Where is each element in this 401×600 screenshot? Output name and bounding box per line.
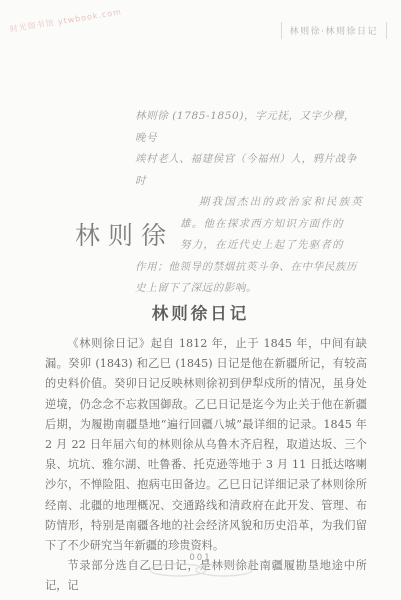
bio-line: 雄。他在探求西方知识方面作的 xyxy=(180,214,364,236)
bio-column: 雄。他在探求西方知识方面作的 努力，在近代史上起了先驱者的 xyxy=(180,214,364,257)
chapter-title: 林则徐日记 xyxy=(0,300,401,324)
author-name-row: 林则徐 雄。他在探求西方知识方面作的 努力，在近代史上起了先驱者的 xyxy=(75,214,364,257)
bio-line: 史上留下了深远的影响。 xyxy=(135,278,364,300)
bio-line: 作用；他领导的禁烟抗英斗争、在中华民族历 xyxy=(135,257,364,279)
page-number: 001 xyxy=(0,553,401,563)
running-header: 林则徐·林则徐日记 xyxy=(281,22,387,39)
bio-line: 努力，在近代史上起了先驱者的 xyxy=(180,235,364,257)
author-bio: 林则徐 (1785-1850)，字元抚，又字少穆，晚号 竢村老人、福建侯官（今福… xyxy=(75,106,364,300)
library-watermark: 时光图书馆 ytwbook.com xyxy=(9,6,122,35)
paragraph: 《林则徐日记》起自 1812 年，止于 1845 年，中间有缺漏。癸卯 (184… xyxy=(45,334,367,556)
bio-line: 林则徐 (1785-1850)，字元抚，又字少穆，晚号 xyxy=(135,106,364,149)
page-footer: 001 xyxy=(0,553,401,582)
author-name: 林则徐 xyxy=(75,223,174,248)
bio-line: 竢村老人、福建侯官（今福州）人，鸦片战争时 xyxy=(135,149,364,192)
footer-flourish-icon xyxy=(146,562,256,578)
running-header-title: 林则徐·林则徐日记 xyxy=(281,22,387,39)
book-page: 时光图书馆 ytwbook.com 林则徐·林则徐日记 林则徐 (1785-18… xyxy=(0,0,401,600)
bio-line: 期我国杰出的政治家和民族英 xyxy=(75,192,364,214)
